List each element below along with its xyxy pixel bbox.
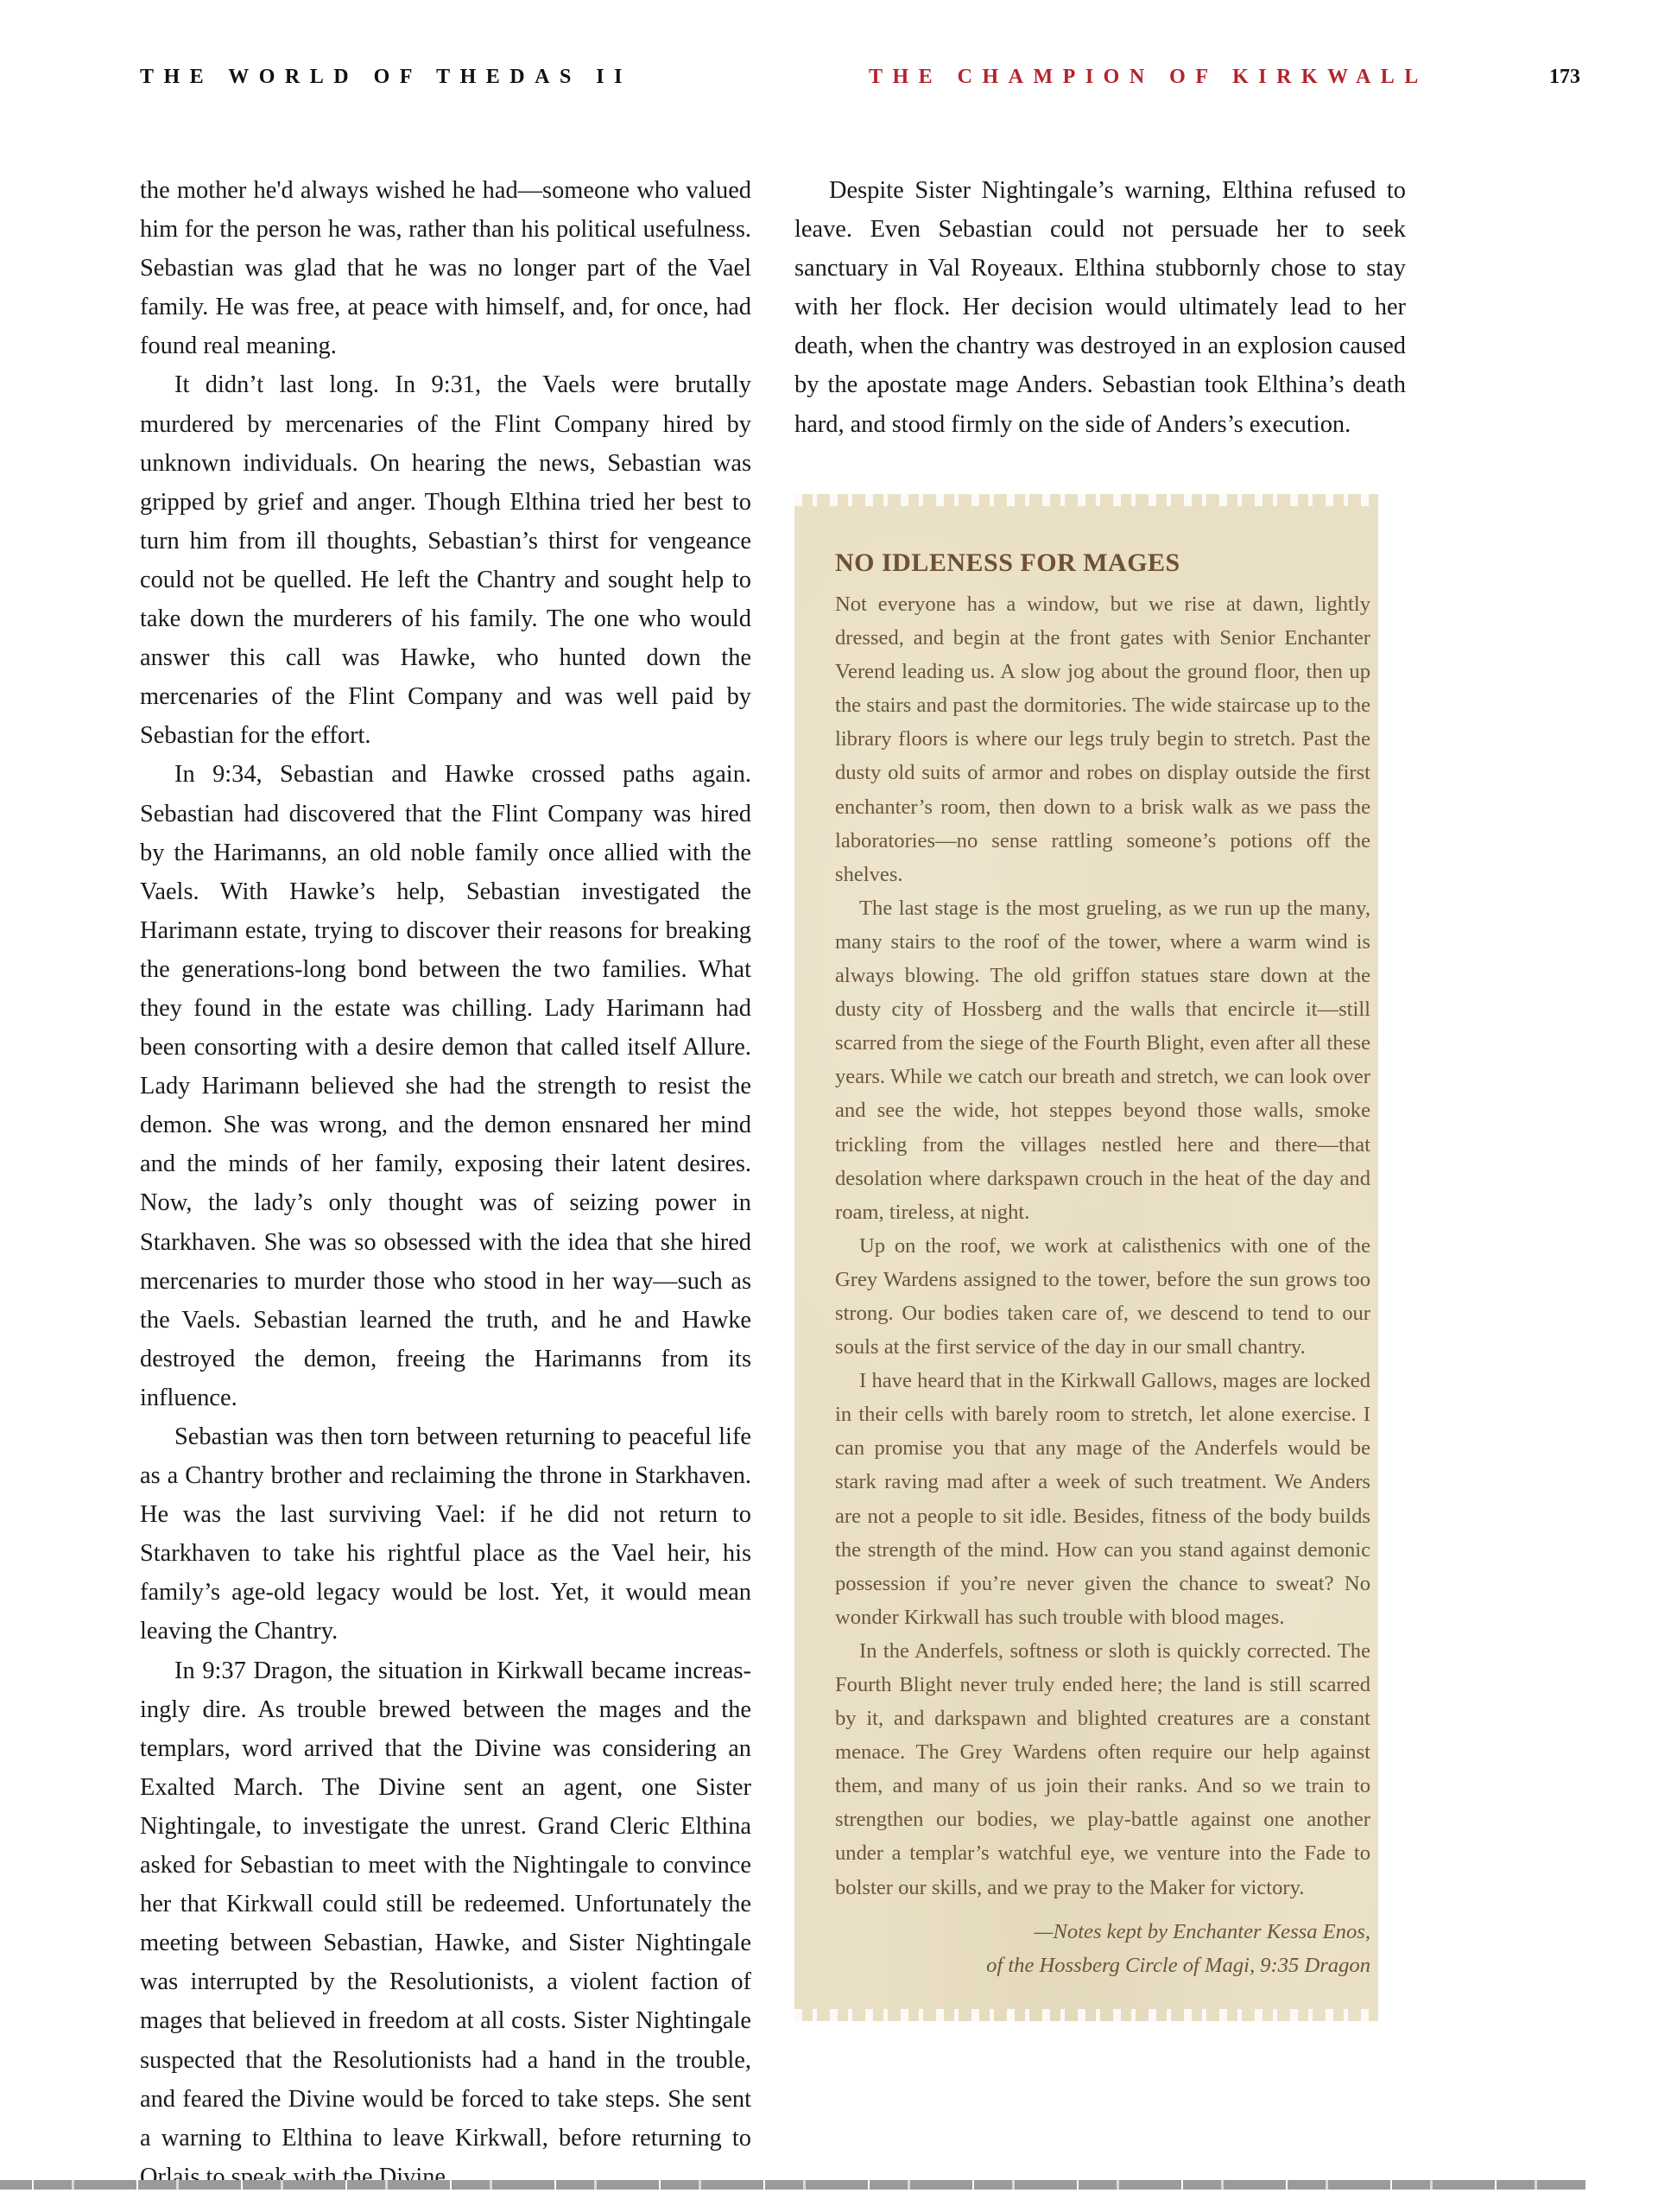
sidebar-paragraph: The last stage is the most grueling, as … [835, 891, 1370, 1229]
right-column: Despite Sister Nightingale’s warning, El… [794, 171, 1406, 444]
sidebar-paragraph: In the Anderfels, softness or sloth is q… [835, 1634, 1370, 1905]
running-head-book-title: THE WORLD OF THEDAS II [140, 64, 632, 90]
sidebar-paragraph: Not everyone has a window, but we rise a… [835, 587, 1370, 891]
body-paragraph: In 9:37 Dragon, the situation in Kirkwal… [140, 1651, 751, 2196]
sidebar-paragraph: Up on the roof, we work at calisthenics … [835, 1229, 1370, 1364]
sidebar-box: NO IDLENESS FOR MAGES Not everyone has a… [794, 494, 1378, 2021]
attribution-line: —Notes kept by Enchanter Kessa Enos, [835, 1915, 1370, 1949]
sidebar-attribution: —Notes kept by Enchanter Kessa Enos, of … [835, 1915, 1370, 1982]
body-paragraph: Despite Sister Nightingale’s warning, El… [794, 171, 1406, 444]
attribution-line: of the Hossberg Circle of Magi, 9:35 Dra… [835, 1949, 1370, 1982]
running-head-chapter-title: THE CHAMPION OF KIRKWALL [869, 64, 1428, 90]
body-paragraph: It didn’t last long. In 9:31, the Vaels … [140, 365, 751, 755]
body-paragraph: the mother he'd always wished he had—som… [140, 171, 751, 365]
sidebar-paragraph: I have heard that in the Kirkwall Gallow… [835, 1364, 1370, 1634]
left-column: the mother he'd always wished he had—som… [140, 171, 751, 2196]
body-paragraph: In 9:34, Sebastian and Hawke crossed pat… [140, 755, 751, 1417]
page-number: 173 [1549, 64, 1580, 90]
body-paragraph: Sebastian was then torn between returnin… [140, 1417, 751, 1651]
footer-decorative-bar [0, 2180, 1585, 2190]
sidebar-title: NO IDLENESS FOR MAGES [835, 544, 1370, 582]
sidebar-content: NO IDLENESS FOR MAGES Not everyone has a… [835, 544, 1370, 1982]
